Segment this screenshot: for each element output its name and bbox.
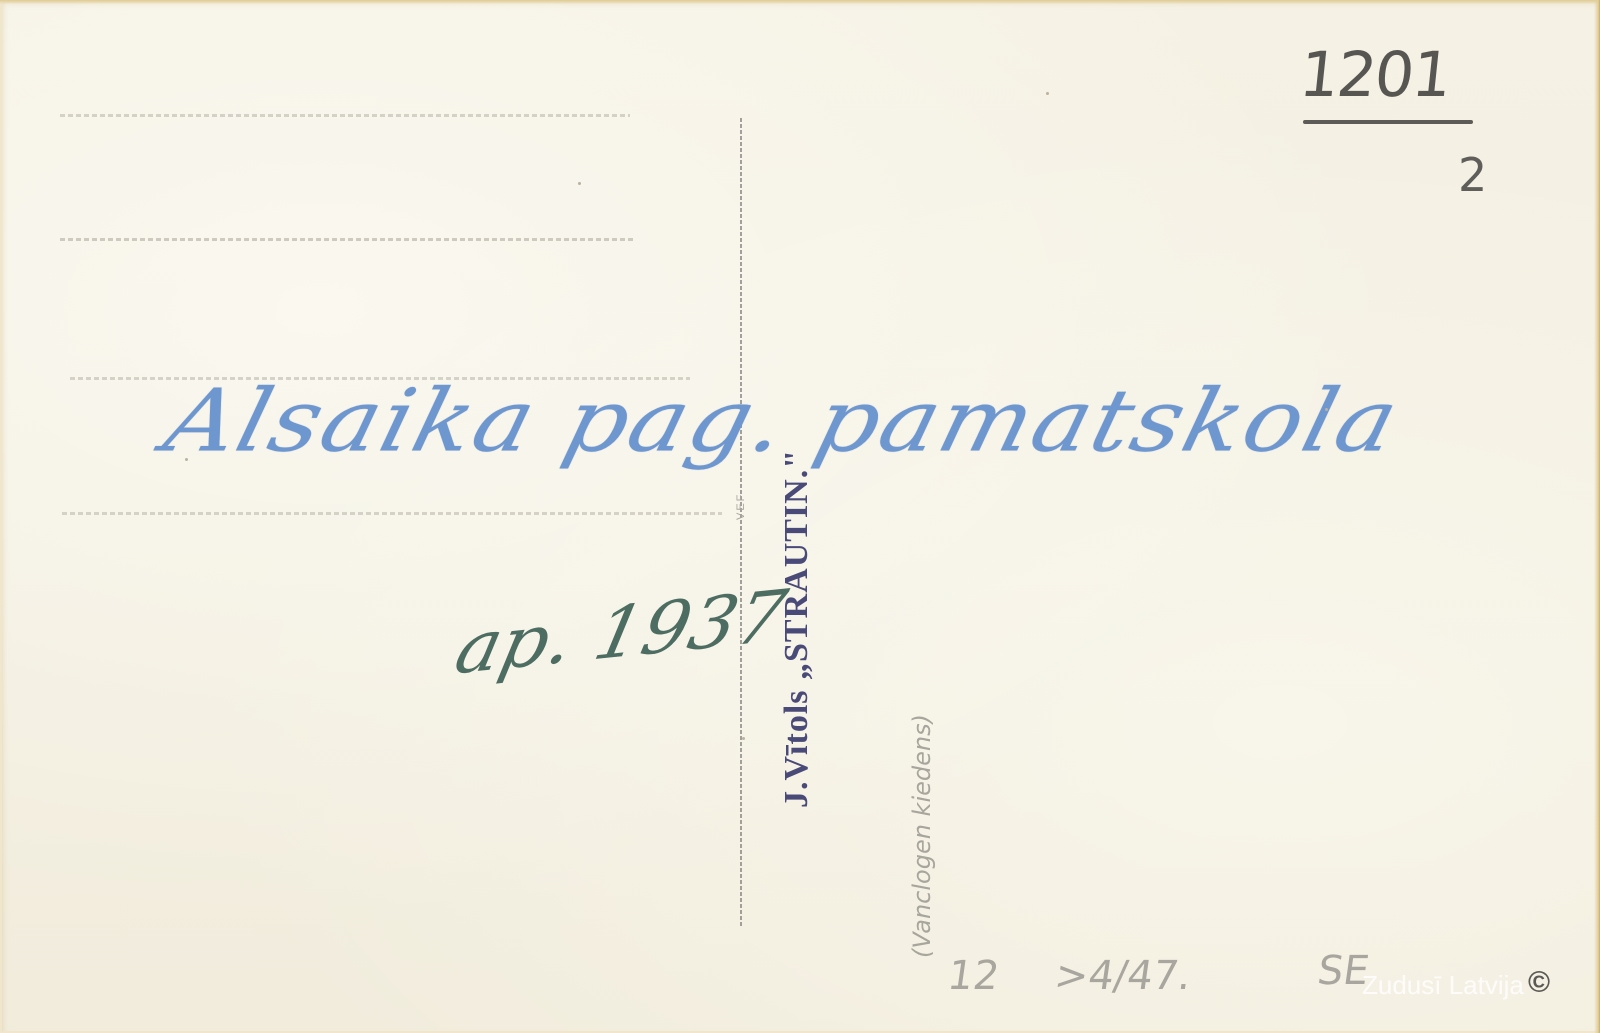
- divider-imprint: VEF: [735, 493, 747, 520]
- postcard-back: VEF J.Vītols „STRAUTIN." 1201 2 Alsaika …: [0, 0, 1600, 1033]
- paper-speck: [1325, 408, 1328, 411]
- card-right-edge: [1594, 0, 1600, 1033]
- publisher-stamp: J.Vītols „STRAUTIN.": [778, 449, 816, 808]
- address-line-1: [60, 114, 630, 117]
- catalog-underline: [1303, 120, 1473, 124]
- address-line-2: [60, 238, 635, 241]
- pencil-note-mid: >4/47.: [1052, 953, 1195, 999]
- catalog-sub-number: 2: [1458, 148, 1487, 202]
- catalog-number: 1201: [1296, 38, 1453, 111]
- paper-speck: [1046, 92, 1049, 95]
- address-line-4: [62, 512, 722, 515]
- pencil-note-left: 12: [945, 953, 1002, 999]
- center-divider: [740, 118, 742, 928]
- paper-speck: [185, 458, 188, 461]
- watermark-text: Zudusī Latvija: [1362, 970, 1524, 1001]
- card-top-edge: [0, 0, 1600, 4]
- paper-speck: [578, 182, 581, 185]
- pencil-vertical-note: (Vanclogen kiedens): [908, 714, 936, 958]
- paper-speck: [742, 737, 745, 740]
- handwritten-caption: Alsaika pag. pamatskola: [155, 371, 1409, 472]
- copyright-icon: ©: [1528, 966, 1550, 1000]
